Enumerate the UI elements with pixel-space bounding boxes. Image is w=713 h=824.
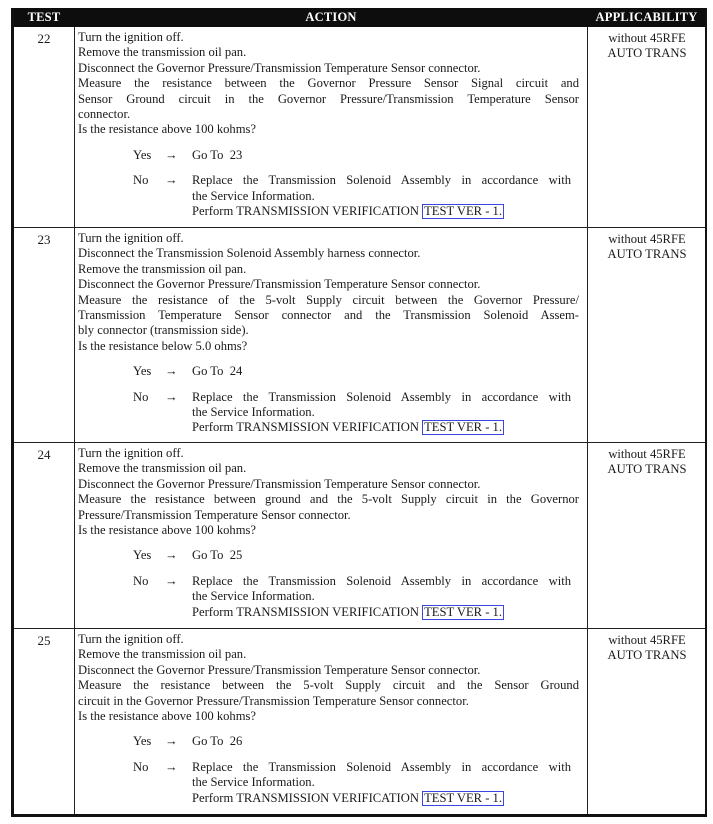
arrow-right-icon: →: [165, 148, 178, 163]
no-action-text: the Service Information.: [192, 775, 579, 790]
action-step: Sensor Ground circuit in the Governor Pr…: [78, 92, 587, 107]
no-action-text: Replace the Transmission Solenoid Assemb…: [192, 173, 579, 188]
applicability-text: AUTO TRANS: [589, 247, 705, 262]
yes-branch: Yes→Go To 26: [133, 734, 587, 749]
action-step: Transmission Temperature Sensor connecto…: [78, 308, 587, 323]
action-step: Measure the resistance between ground an…: [78, 492, 587, 507]
test-ver-link[interactable]: TEST VER - 1.: [422, 420, 504, 435]
no-label: No: [133, 574, 159, 589]
action-step: Pressure/Transmission Temperature Sensor…: [78, 508, 587, 523]
test-number: 23: [14, 232, 74, 248]
no-branch: No→Replace the Transmission Solenoid Ass…: [133, 574, 587, 620]
table-row: 24Turn the ignition off.Remove the trans…: [14, 442, 705, 628]
no-label: No: [133, 390, 159, 405]
arrow-right-icon: →: [165, 548, 178, 563]
applicability-cell: without 45RFEAUTO TRANS: [589, 31, 705, 62]
arrow-right-icon: →: [165, 734, 178, 749]
applicability-text: without 45RFE: [589, 633, 705, 648]
applicability-cell: without 45RFEAUTO TRANS: [589, 232, 705, 263]
action-step: connector.: [78, 107, 587, 122]
applicability-text: AUTO TRANS: [589, 648, 705, 663]
action-step: Disconnect the Governor Pressure/Transmi…: [78, 61, 587, 76]
perform-text: Perform TRANSMISSION VERIFICATION: [192, 204, 422, 218]
applicability-text: without 45RFE: [589, 232, 705, 247]
action-step: Remove the transmission oil pan.: [78, 461, 587, 476]
perform-text: Perform TRANSMISSION VERIFICATION: [192, 420, 422, 434]
action-step: Measure the resistance between the 5-vol…: [78, 678, 587, 693]
table-row: 22Turn the ignition off.Remove the trans…: [14, 27, 705, 227]
arrow-right-icon: →: [165, 364, 178, 379]
action-step: Disconnect the Transmission Solenoid Ass…: [78, 246, 587, 261]
header-test: TEST: [14, 10, 74, 25]
perform-text: Perform TRANSMISSION VERIFICATION: [192, 605, 422, 619]
applicability-text: AUTO TRANS: [589, 462, 705, 477]
header-action: ACTION: [74, 10, 588, 25]
arrow-right-icon: →: [165, 760, 178, 775]
action-step: Remove the transmission oil pan.: [78, 262, 587, 277]
action-step: Is the resistance below 5.0 ohms?: [78, 339, 587, 354]
action-step: Is the resistance above 100 kohms?: [78, 122, 587, 137]
test-ver-link[interactable]: TEST VER - 1.: [422, 605, 504, 620]
action-step: Disconnect the Governor Pressure/Transmi…: [78, 477, 587, 492]
no-action-text: the Service Information.: [192, 405, 579, 420]
action-step: Turn the ignition off.: [78, 632, 587, 647]
no-action-text: Replace the Transmission Solenoid Assemb…: [192, 390, 579, 405]
applicability-text: AUTO TRANS: [589, 46, 705, 61]
yes-label: Yes: [133, 364, 159, 379]
yes-branch: Yes→Go To 23: [133, 148, 587, 163]
no-action-text: the Service Information.: [192, 589, 579, 604]
action-cell: Turn the ignition off.Disconnect the Tra…: [74, 228, 588, 442]
header-applicability: APPLICABILITY: [588, 10, 705, 25]
arrow-right-icon: →: [165, 574, 178, 589]
table-row: 23Turn the ignition off.Disconnect the T…: [14, 227, 705, 442]
table-row: 25Turn the ignition off.Remove the trans…: [14, 628, 705, 814]
yes-branch: Yes→Go To 24: [133, 364, 587, 379]
no-label: No: [133, 760, 159, 775]
test-number: 24: [14, 447, 74, 463]
no-branch: No→Replace the Transmission Solenoid Ass…: [133, 390, 587, 436]
arrow-right-icon: →: [165, 173, 178, 188]
yes-label: Yes: [133, 734, 159, 749]
applicability-text: without 45RFE: [589, 31, 705, 46]
action-cell: Turn the ignition off.Remove the transmi…: [74, 629, 588, 814]
yes-goto[interactable]: Go To 24: [192, 364, 587, 379]
arrow-right-icon: →: [165, 390, 178, 405]
perform-text: Perform TRANSMISSION VERIFICATION: [192, 791, 422, 805]
action-step: bly connector (transmission side).: [78, 323, 587, 338]
action-step: Turn the ignition off.: [78, 231, 587, 246]
no-action-text: Replace the Transmission Solenoid Assemb…: [192, 574, 579, 589]
applicability-cell: without 45RFEAUTO TRANS: [589, 447, 705, 478]
action-step: Is the resistance above 100 kohms?: [78, 523, 587, 538]
applicability-cell: without 45RFEAUTO TRANS: [589, 633, 705, 664]
no-action-text: the Service Information.: [192, 189, 579, 204]
test-ver-link[interactable]: TEST VER - 1.: [422, 204, 504, 219]
yes-goto[interactable]: Go To 23: [192, 148, 587, 163]
table-header: TEST ACTION APPLICABILITY: [14, 8, 705, 27]
action-step: circuit in the Governor Pressure/Transmi…: [78, 694, 587, 709]
no-branch: No→Replace the Transmission Solenoid Ass…: [133, 760, 587, 806]
action-step: Disconnect the Governor Pressure/Transmi…: [78, 663, 587, 678]
test-number: 25: [14, 633, 74, 649]
action-step: Disconnect the Governor Pressure/Transmi…: [78, 277, 587, 292]
yes-branch: Yes→Go To 25: [133, 548, 587, 563]
action-step: Remove the transmission oil pan.: [78, 45, 587, 60]
action-cell: Turn the ignition off.Remove the transmi…: [74, 443, 588, 628]
diagnostic-test-table: TEST ACTION APPLICABILITY 22Turn the ign…: [11, 8, 707, 817]
yes-label: Yes: [133, 548, 159, 563]
action-step: Measure the resistance between the Gover…: [78, 76, 587, 91]
action-step: Turn the ignition off.: [78, 446, 587, 461]
no-label: No: [133, 173, 159, 188]
action-step: Remove the transmission oil pan.: [78, 647, 587, 662]
applicability-text: without 45RFE: [589, 447, 705, 462]
yes-goto[interactable]: Go To 26: [192, 734, 587, 749]
no-action-text: Replace the Transmission Solenoid Assemb…: [192, 760, 579, 775]
test-number: 22: [14, 31, 74, 47]
test-ver-link[interactable]: TEST VER - 1.: [422, 791, 504, 806]
action-step: Is the resistance above 100 kohms?: [78, 709, 587, 724]
yes-goto[interactable]: Go To 25: [192, 548, 587, 563]
action-step: Turn the ignition off.: [78, 30, 587, 45]
yes-label: Yes: [133, 148, 159, 163]
no-branch: No→Replace the Transmission Solenoid Ass…: [133, 173, 587, 219]
action-cell: Turn the ignition off.Remove the transmi…: [74, 27, 588, 227]
action-step: Measure the resistance of the 5-volt Sup…: [78, 293, 587, 308]
